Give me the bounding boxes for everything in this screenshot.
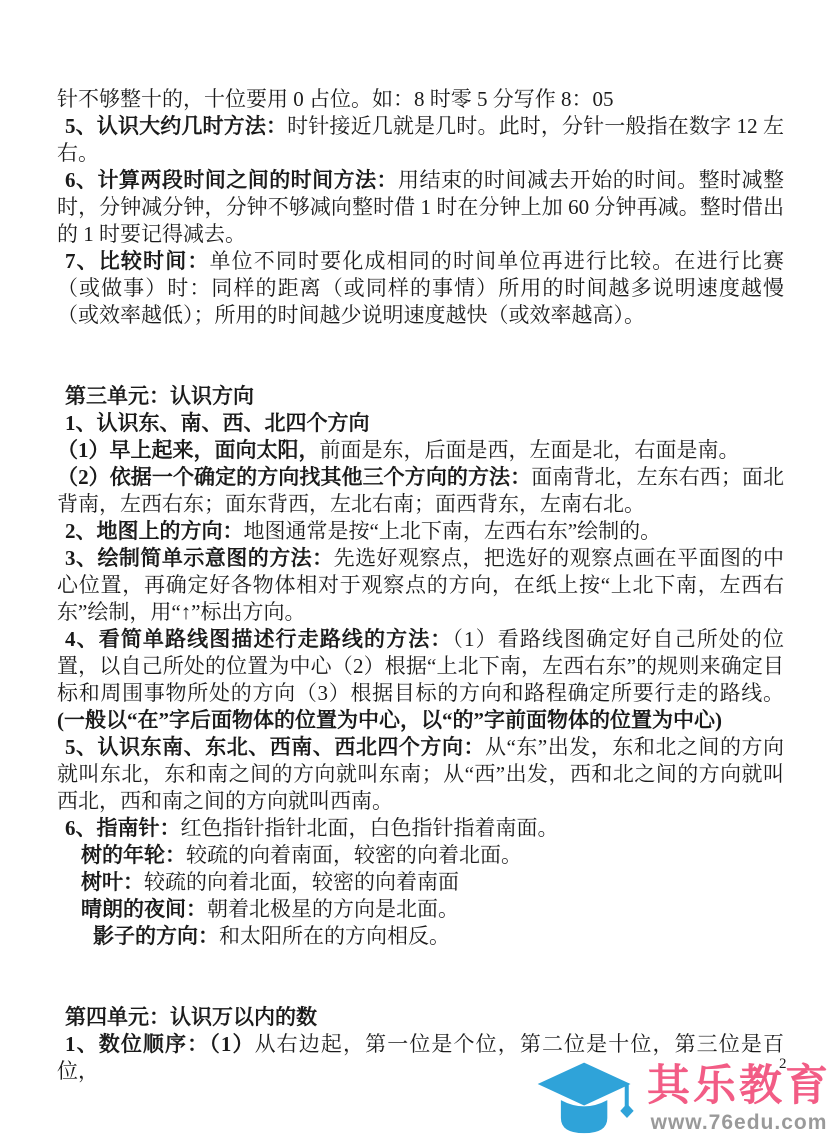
paragraph: 4、看简单路线图描述行走路线的方法：（1）看路线图确定好自己所处的位置，以自己所… (57, 626, 784, 734)
text-run: 前面是东，后面是西，左面是北，右面是南。 (320, 438, 740, 462)
text-run: 3、绘制简单示意图的方法： (65, 546, 334, 570)
paragraph: 影子的方向：和太阳所在的方向相反。 (57, 923, 784, 950)
text-run: 较疏的向着南面，较密的向着北面。 (186, 843, 522, 867)
site-watermark: 其乐教育 www.76edu.com (535, 1058, 831, 1144)
text-run: 第四单元：认识万以内的数 (65, 1005, 317, 1029)
paragraph: 树的年轮：较疏的向着南面，较密的向着北面。 (57, 842, 784, 869)
text-run: 4、看简单路线图描述行走路线的方法： (65, 627, 452, 651)
text-run: 树叶： (81, 870, 144, 894)
brand-text-block: 其乐教育 www.76edu.com (647, 1058, 831, 1135)
paragraph: 1、认识东、南、西、北四个方向 (57, 410, 784, 437)
text-run: 影子的方向： (93, 924, 219, 948)
text-run: 红色指针指针北面，白色指针指着南面。 (181, 816, 559, 840)
text-run: 5、认识东南、东北、西南、西北四个方向： (65, 735, 485, 759)
text-run: 晴朗的夜间： (81, 897, 207, 921)
paragraph: 5、认识大约几时方法：时针接近几就是几时。此时，分针一般指在数字 12 左右。 (57, 113, 784, 167)
text-run: 第三单元：认识方向 (65, 384, 254, 408)
text-run: 2、地图上的方向： (65, 519, 244, 543)
paragraph: 2、地图上的方向：地图通常是按“上北下南，左西右东”绘制的。 (57, 518, 784, 545)
paragraph: （1）早上起来，面向太阳，前面是东，后面是西，左面是北，右面是南。 (57, 437, 784, 464)
text-run: 和太阳所在的方向相反。 (219, 924, 450, 948)
brand-name: 其乐教育 (647, 1062, 831, 1110)
paragraph: 树叶：较疏的向着北面，较密的向着南面 (57, 869, 784, 896)
text-run: 6、指南针： (65, 816, 181, 840)
text-run: 朝着北极星的方向是北面。 (207, 897, 459, 921)
text-run: （1）早上起来，面向太阳， (57, 438, 320, 462)
text-run: （2）依据一个确定的方向找其他三个方向的方法： (57, 465, 531, 489)
paragraph: 7、比较时间：单位不同时要化成相同的时间单位再进行比较。在进行比赛（或做事）时：… (57, 248, 784, 329)
text-run: (一般以“在”字后面物体的位置为中心，以“的”字前面物体的位置为中心) (57, 708, 722, 732)
section-heading: 第四单元：认识万以内的数 (57, 1004, 784, 1031)
text-run: 树的年轮： (81, 843, 186, 867)
text-run: 针不够整十的，十位要用 0 占位。如：8 时零 5 分写作 8：05 (57, 87, 614, 111)
paragraph: 6、指南针：红色指针指针北面，白色指针指着南面。 (57, 815, 784, 842)
graduation-cap-icon (535, 1058, 635, 1144)
text-run: 地图通常是按“上北下南，左西右东”绘制的。 (244, 519, 662, 543)
page-number: 2 (779, 1057, 787, 1072)
document-page: 针不够整十的，十位要用 0 占位。如：8 时零 5 分写作 8：055、认识大约… (0, 0, 835, 1145)
brand-url: www.76edu.com (647, 1111, 831, 1135)
text-run: 5、认识大约几时方法： (65, 114, 287, 138)
document-body: 针不够整十的，十位要用 0 占位。如：8 时零 5 分写作 8：055、认识大约… (57, 86, 784, 1085)
section-spacer (57, 329, 784, 383)
paragraph: 3、绘制简单示意图的方法：先选好观察点，把选好的观察点画在平面图的中心位置，再确… (57, 545, 784, 626)
section-heading: 第三单元：认识方向 (57, 383, 784, 410)
text-run: 较疏的向着北面，较密的向着南面 (144, 870, 459, 894)
paragraph: 5、认识东南、东北、西南、西北四个方向：从“东”出发，东和北之间的方向就叫东北，… (57, 734, 784, 815)
text-run: 6、计算两段时间之间的时间方法： (65, 168, 398, 192)
text-run: 1、认识东、南、西、北四个方向 (65, 411, 370, 435)
section-spacer (57, 950, 784, 1004)
paragraph: 晴朗的夜间：朝着北极星的方向是北面。 (57, 896, 784, 923)
paragraph: 针不够整十的，十位要用 0 占位。如：8 时零 5 分写作 8：05 (57, 86, 784, 113)
text-run: 7、比较时间： (65, 249, 209, 273)
text-run: 1、数位顺序：（1） (65, 1032, 255, 1056)
paragraph: 6、计算两段时间之间的时间方法：用结束的时间减去开始的时间。整时减整时，分钟减分… (57, 167, 784, 248)
paragraph: （2）依据一个确定的方向找其他三个方向的方法：面南背北，左东右西；面北背南，左西… (57, 464, 784, 518)
